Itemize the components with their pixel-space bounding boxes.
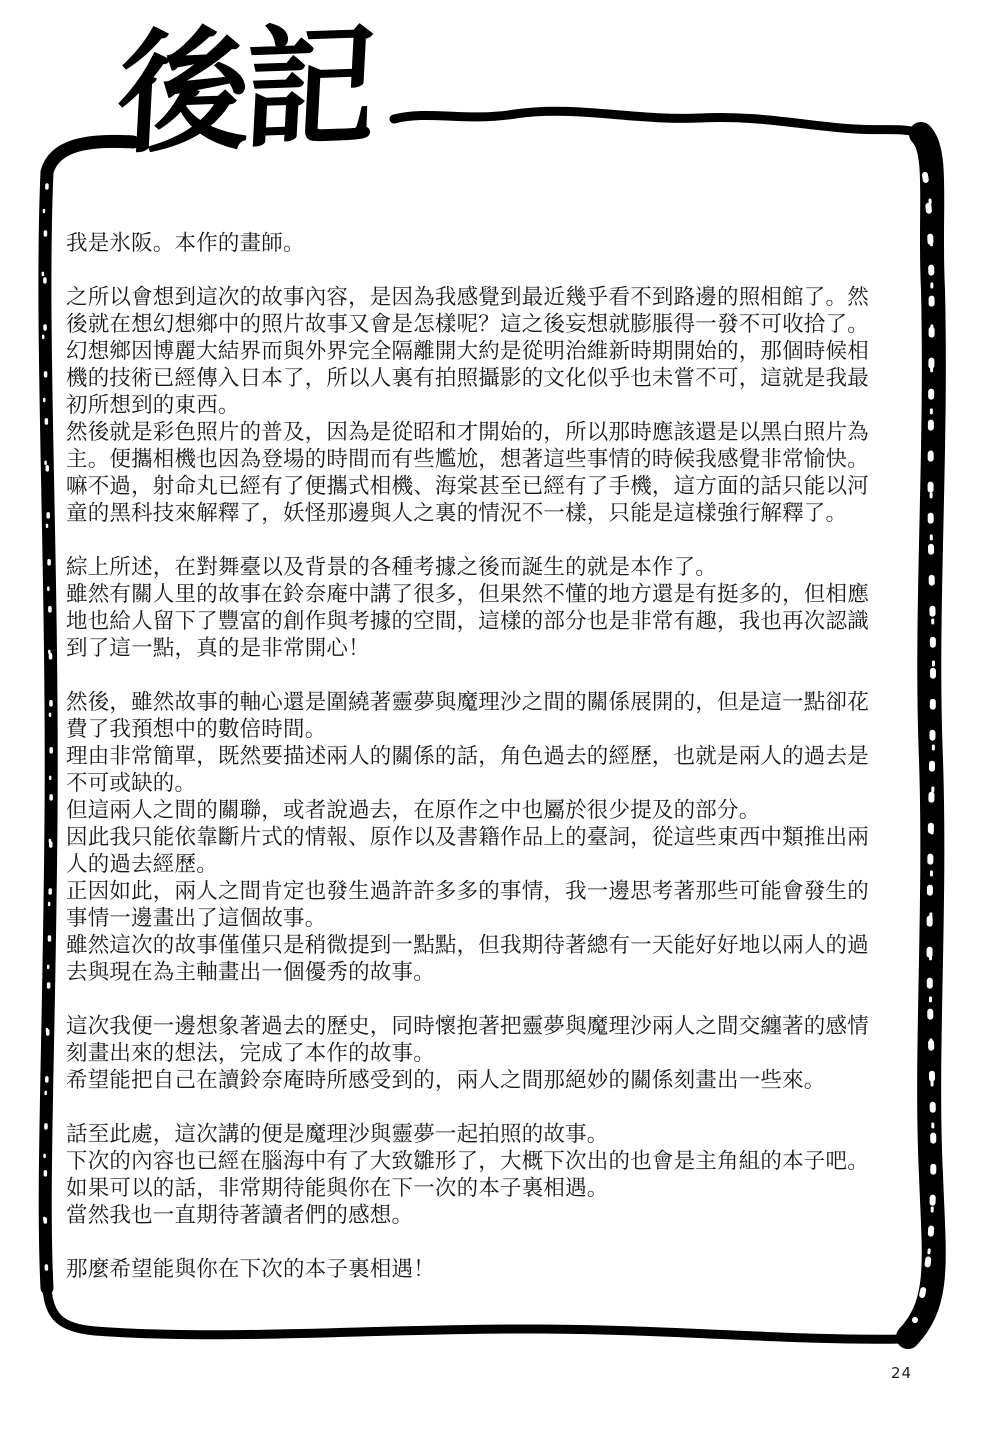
text-line: 事情一邊畫出了這個故事。 — [66, 905, 902, 932]
text-line: 然後就是彩色照片的普及，因為是從昭和才開始的，所以那時應該還是以黑白照片為 — [66, 419, 902, 446]
text-line: 當然我也一直期待著讀者們的感想。 — [66, 1202, 902, 1229]
text-line: 到了這一點，真的是非常開心！ — [66, 635, 902, 662]
text-line — [66, 527, 902, 554]
afterword-page: 後記 我是氷阪。本作的畫師。 之所以會想到這次的故事內容，是因為我感覺到最近幾乎… — [0, 0, 1000, 1429]
text-line: 不可或缺的。 — [66, 770, 902, 797]
text-line — [66, 662, 902, 689]
afterword-title: 後記 — [114, 17, 373, 165]
frame-top-line — [394, 111, 921, 134]
frame-right-border — [908, 134, 934, 1337]
text-line: 下次的內容也已經在腦海中有了大致雛形了，大概下次出的也會是主角組的本子吧。 — [66, 1148, 902, 1175]
text-line: 我是氷阪。本作的畫師。 — [66, 230, 902, 257]
text-line — [66, 1094, 902, 1121]
text-line — [66, 257, 902, 284]
text-line: 綜上所述，在對舞臺以及背景的各種考據之後而誕生的就是本作了。 — [66, 554, 902, 581]
text-line: 這次我便一邊想象著過去的歷史，同時懷抱著把靈夢與魔理沙兩人之間交纏著的感情 — [66, 1013, 902, 1040]
text-line: 後就在想幻想鄉中的照片故事又會是怎樣呢？這之後妄想就膨脹得一發不可收拾了。 — [66, 311, 902, 338]
text-line: 費了我預想中的數倍時間。 — [66, 716, 902, 743]
text-line: 然後，雖然故事的軸心還是圍繞著靈夢與魔理沙之間的關係展開的，但是這一點卻花 — [66, 689, 902, 716]
text-line: 因此我只能依靠斷片式的情報、原作以及書籍作品上的臺詞，從這些東西中類推出兩 — [66, 824, 902, 851]
text-line: 雖然有關人里的故事在鈴奈庵中講了很多，但果然不懂的地方還是有挺多的，但相應 — [66, 581, 902, 608]
text-line: 話至此處，這次講的便是魔理沙與靈夢一起拍照的故事。 — [66, 1121, 902, 1148]
text-line: 機的技術已經傳入日本了，所以人裏有拍照攝影的文化似乎也未嘗不可，這就是我最 — [66, 365, 902, 392]
text-line: 人的過去經歷。 — [66, 851, 902, 878]
text-line: 希望能把自己在讀鈴奈庵時所感受到的，兩人之間那絕妙的關係刻畫出一些來。 — [66, 1067, 902, 1094]
text-line: 如果可以的話，非常期待能與你在下一次的本子裏相遇。 — [66, 1175, 902, 1202]
text-line: 初所想到的東西。 — [66, 392, 902, 419]
text-line — [66, 1229, 902, 1256]
text-line: 幻想鄉因博麗大結界而與外界完全隔離開大約是從明治維新時期開始的，那個時候相 — [66, 338, 902, 365]
page-number: 24 — [891, 1364, 912, 1382]
text-line: 雖然這次的故事僅僅只是稍微提到一點點，但我期待著總有一天能好好地以兩人的過 — [66, 932, 902, 959]
text-line: 童的黑科技來解釋了，妖怪那邊與人之裏的情況不一樣，只能是這樣強行解釋了。 — [66, 500, 902, 527]
text-line: 理由非常簡單，既然要描述兩人的關係的話，角色過去的經歷，也就是兩人的過去是 — [66, 743, 902, 770]
text-line: 正因如此，兩人之間肯定也發生過許許多多的事情，我一邊思考著那些可能會發生的 — [66, 878, 902, 905]
text-line: 主。便攜相機也因為登場的時間而有些尷尬，想著這些事情的時候我感覺非常愉快。 — [66, 446, 902, 473]
text-line: 地也給人留下了豐富的創作與考據的空間，這樣的部分也是非常有趣，我也再次認識 — [66, 608, 902, 635]
text-line: 那麼希望能與你在下次的本子裏相遇！ — [66, 1256, 902, 1283]
text-line: 去與現在為主軸畫出一個優秀的故事。 — [66, 959, 902, 986]
text-line: 刻畫出來的想法，完成了本作的故事。 — [66, 1040, 902, 1067]
frame-bottom-line — [47, 1288, 906, 1339]
text-line — [66, 986, 902, 1013]
text-line: 嘛不過，射命丸已經有了便攜式相機、海棠甚至已經有了手機，這方面的話只能以河 — [66, 473, 902, 500]
afterword-text-block: 我是氷阪。本作的畫師。 之所以會想到這次的故事內容，是因為我感覺到最近幾乎看不到… — [66, 230, 902, 1283]
text-line: 但這兩人之間的關聯，或者說過去，在原作之中也屬於很少提及的部分。 — [66, 797, 902, 824]
text-line: 之所以會想到這次的故事內容，是因為我感覺到最近幾乎看不到路邊的照相館了。然 — [66, 284, 902, 311]
